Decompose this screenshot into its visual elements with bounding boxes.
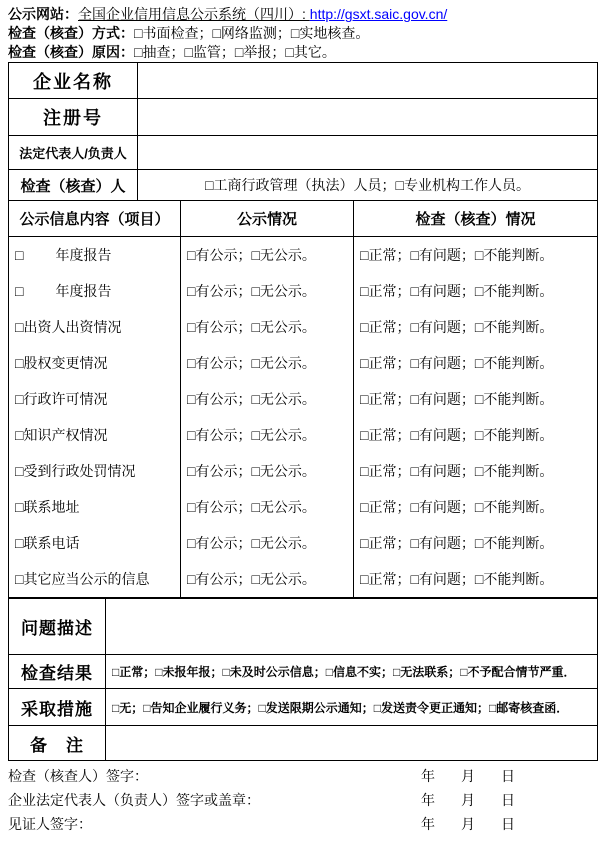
item-name-cell: □受到行政处罚情况 xyxy=(9,453,181,489)
enterprise-name-label: 企业名称 xyxy=(9,63,138,98)
inspector-signature-label: 检查（核查人）签字： xyxy=(8,768,148,784)
inspection-form-table: 企业名称 注册号 法定代表人/负责人 检查（核查）人 □工商行政管理（执法）人员… xyxy=(8,62,598,761)
check-status-cell: □正常；□有问题；□不能判断。 xyxy=(354,345,597,381)
legal-representative-row: 法定代表人/负责人 xyxy=(9,135,597,169)
check-status-cell: □正常；□有问题；□不能判断。 xyxy=(354,309,597,345)
date-month: 月 xyxy=(461,812,475,836)
witness-signature-label: 见证人签字： xyxy=(8,816,92,832)
item-name: 受到行政处罚情况 xyxy=(23,461,135,481)
inspection-reason-options: □抽查；□监管；□举报；□其它。 xyxy=(134,44,336,60)
check-result-options: □正常；□未报年报；□未及时公示信息；□信息不实；□无法联系；□不予配合情节严重… xyxy=(106,655,597,688)
problem-description-label: 问题描述 xyxy=(9,599,106,654)
item-checkbox: □ xyxy=(15,283,23,299)
item-checkbox: □ xyxy=(15,571,23,587)
item-checkbox: □ xyxy=(15,535,23,551)
item-checkbox: □ xyxy=(15,463,23,479)
check-status-cell: □正常；□有问题；□不能判断。 xyxy=(354,381,597,417)
item-checkbox: □ xyxy=(15,247,23,263)
items-header-content: 公示信息内容（项目） xyxy=(9,201,181,236)
inspection-reason-line: 检查（核查）原因：□抽查；□监管；□举报；□其它。 xyxy=(8,43,606,62)
item-name-cell: □行政许可情况 xyxy=(9,381,181,417)
legal-representative-signature-label: 企业法定代表人（负责人）签字或盖章： xyxy=(8,792,260,808)
item-checkbox: □ xyxy=(15,319,23,335)
publicity-website-name: 全国企业信用信息公示系统（四川）: xyxy=(78,6,310,22)
measures-taken-label: 采取措施 xyxy=(9,689,106,725)
date-month: 月 xyxy=(461,788,475,812)
item-name: 其它应当公示的信息 xyxy=(23,569,149,589)
date-fields: 年 月 日 xyxy=(421,764,515,788)
witness-signature-line: 见证人签字： 年 月 日 xyxy=(8,812,606,836)
measures-taken-row: 采取措施 □无；□告知企业履行义务；□发送限期公示通知；□发送责令更正通知；□邮… xyxy=(9,688,597,725)
problem-description-value xyxy=(106,599,597,654)
item-name-cell: □年度报告 xyxy=(9,237,181,273)
item-name: 联系电话 xyxy=(23,533,79,553)
item-checkbox: □ xyxy=(15,499,23,515)
inspector-label: 检查（核查）人 xyxy=(9,170,138,200)
legal-representative-value xyxy=(138,136,597,169)
registration-number-label: 注册号 xyxy=(9,99,138,135)
enterprise-name-row: 企业名称 xyxy=(9,63,597,98)
remarks-value xyxy=(106,726,597,760)
publicity-website-url[interactable]: http://gsxt.saic.gov.cn/ xyxy=(310,6,447,22)
check-result-row: 检查结果 □正常；□未报年报；□未及时公示信息；□信息不实；□无法联系；□不予配… xyxy=(9,654,597,688)
publicity-status-cell: □有公示；□无公示。 xyxy=(181,345,354,381)
date-month: 月 xyxy=(461,764,475,788)
item-name: 知识产权情况 xyxy=(23,425,107,445)
check-status-cell: □正常；□有问题；□不能判断。 xyxy=(354,525,597,561)
inspection-method-options: □书面检查；□网络监测；□实地核查。 xyxy=(134,25,369,41)
item-name: 股权变更情况 xyxy=(23,353,107,373)
items-header-check: 检查（核查）情况 xyxy=(354,201,597,236)
publicity-status-cell: □有公示；□无公示。 xyxy=(181,561,354,597)
item-name-cell: □股权变更情况 xyxy=(9,345,181,381)
publicity-website-line: 公示网站：全国企业信用信息公示系统（四川）: http://gsxt.saic.… xyxy=(8,5,606,24)
item-name-cell: □知识产权情况 xyxy=(9,417,181,453)
inspector-options: □工商行政管理（执法）人员；□专业机构工作人员。 xyxy=(138,170,597,200)
registration-number-value xyxy=(138,99,597,135)
publicity-status-cell: □有公示；□无公示。 xyxy=(181,381,354,417)
item-name-cell: □其它应当公示的信息 xyxy=(9,561,181,597)
item-checkbox: □ xyxy=(15,355,23,371)
publicity-status-cell: □有公示；□无公示。 xyxy=(181,237,354,273)
date-day: 日 xyxy=(501,812,515,836)
items-header-row: 公示信息内容（项目） 公示情况 检查（核查）情况 xyxy=(9,200,597,236)
legal-representative-signature-line: 企业法定代表人（负责人）签字或盖章： 年 月 日 xyxy=(8,788,606,812)
item-name-cell: □联系电话 xyxy=(9,525,181,561)
check-status-cell: □正常；□有问题；□不能判断。 xyxy=(354,489,597,525)
date-year: 年 xyxy=(421,812,435,836)
legal-representative-label: 法定代表人/负责人 xyxy=(9,136,138,169)
item-checkbox: □ xyxy=(15,391,23,407)
item-name: 出资人出资情况 xyxy=(23,317,121,337)
inspection-method-label: 检查（核查）方式： xyxy=(8,25,134,41)
item-name-cell: □联系地址 xyxy=(9,489,181,525)
item-name: 联系地址 xyxy=(23,497,79,517)
item-name: 年度报告 xyxy=(55,245,111,265)
inspection-method-line: 检查（核查）方式：□书面检查；□网络监测；□实地核查。 xyxy=(8,24,606,43)
inspector-row: 检查（核查）人 □工商行政管理（执法）人员；□专业机构工作人员。 xyxy=(9,169,597,200)
check-status-cell: □正常；□有问题；□不能判断。 xyxy=(354,561,597,597)
inspection-reason-label: 检查（核查）原因： xyxy=(8,44,134,60)
publicity-status-cell: □有公示；□无公示。 xyxy=(181,453,354,489)
date-year: 年 xyxy=(421,764,435,788)
enterprise-name-value xyxy=(138,63,597,98)
publicity-status-cell: □有公示；□无公示。 xyxy=(181,525,354,561)
date-day: 日 xyxy=(501,764,515,788)
problem-description-row: 问题描述 xyxy=(9,597,597,654)
items-body: □年度报告 □有公示；□无公示。 □正常；□有问题；□不能判断。 □年度报告 □… xyxy=(9,236,597,597)
item-name-cell: □年度报告 xyxy=(9,273,181,309)
check-status-cell: □正常；□有问题；□不能判断。 xyxy=(354,237,597,273)
publicity-status-cell: □有公示；□无公示。 xyxy=(181,417,354,453)
date-fields: 年 月 日 xyxy=(421,812,515,836)
publicity-status-cell: □有公示；□无公示。 xyxy=(181,309,354,345)
publicity-status-cell: □有公示；□无公示。 xyxy=(181,489,354,525)
registration-number-row: 注册号 xyxy=(9,98,597,135)
item-name-cell: □出资人出资情况 xyxy=(9,309,181,345)
remarks-label: 备 注 xyxy=(9,726,106,760)
check-status-cell: □正常；□有问题；□不能判断。 xyxy=(354,417,597,453)
check-status-cell: □正常；□有问题；□不能判断。 xyxy=(354,273,597,309)
signature-block: 检查（核查人）签字： 年 月 日 企业法定代表人（负责人）签字或盖章： 年 月 … xyxy=(8,761,606,836)
publicity-status-cell: □有公示；□无公示。 xyxy=(181,273,354,309)
publicity-website-label: 公示网站： xyxy=(8,6,78,22)
inspector-signature-line: 检查（核查人）签字： 年 月 日 xyxy=(8,764,606,788)
date-fields: 年 月 日 xyxy=(421,788,515,812)
check-result-label: 检查结果 xyxy=(9,655,106,688)
item-name: 行政许可情况 xyxy=(23,389,107,409)
date-year: 年 xyxy=(421,788,435,812)
items-header-publicity: 公示情况 xyxy=(181,201,354,236)
date-day: 日 xyxy=(501,788,515,812)
item-name: 年度报告 xyxy=(55,281,111,301)
remarks-row: 备 注 xyxy=(9,725,597,760)
item-checkbox: □ xyxy=(15,427,23,443)
document-header: 公示网站：全国企业信用信息公示系统（四川）: http://gsxt.saic.… xyxy=(0,0,606,62)
check-status-cell: □正常；□有问题；□不能判断。 xyxy=(354,453,597,489)
measures-taken-options: □无；□告知企业履行义务；□发送限期公示通知；□发送责令更正通知；□邮寄核查函． xyxy=(106,689,597,725)
